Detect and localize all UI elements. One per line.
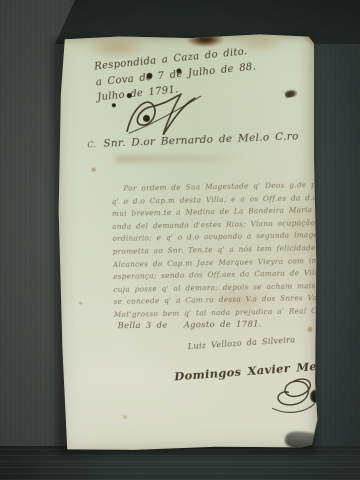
- manuscript-photo: Respondida a Caza do dito. a Cova de 7 d…: [0, 0, 360, 480]
- dateline: Bella 3 deAgosto de 1781.: [117, 320, 262, 332]
- small-ink-mark: [284, 88, 298, 99]
- rubric-flourish-icon: [117, 92, 214, 139]
- margin-mark: C.: [87, 140, 96, 149]
- foxing-spot: [308, 327, 313, 332]
- foxing-spot: [92, 168, 96, 172]
- offset-ink-ghost: [115, 154, 243, 164]
- dateline-date: Agosto de 1781.: [184, 320, 262, 331]
- signature-paraph-icon: [266, 374, 321, 417]
- dateline-place: Bella 3 de: [117, 321, 167, 332]
- foxing-spot: [123, 415, 127, 419]
- closing-line: Luiz Vellozo da Silveira: [188, 335, 296, 351]
- letter-page: Respondida a Caza do dito. a Cova de 7 d…: [56, 33, 319, 452]
- foxing-spot: [79, 302, 82, 305]
- letter-body: Por ordem de Sua Magestade q' Deos g.de …: [111, 179, 320, 321]
